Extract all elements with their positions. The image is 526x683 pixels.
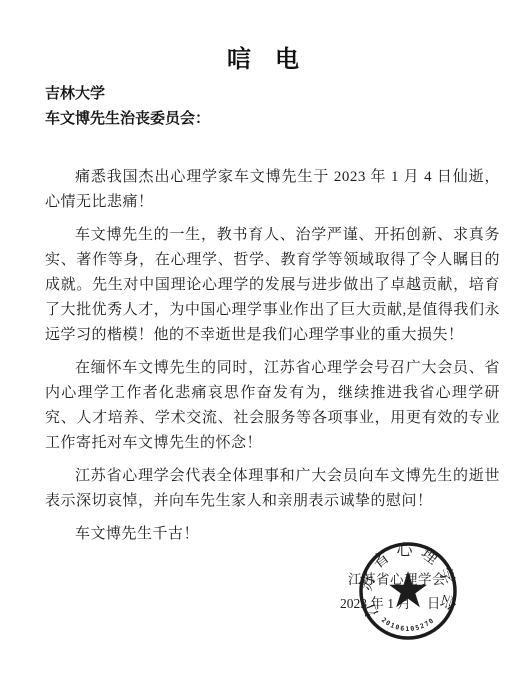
recipient-line-committee: 车文博先生治丧委员会：	[45, 106, 526, 131]
recipient-line-university: 吉林大学	[45, 81, 526, 106]
letter-body: 痛悉我国杰出心理学家车文博先生于 2023 年 1 月 4 日仙逝，心情无比悲痛…	[45, 165, 500, 547]
paragraph-2: 车文博先生的一生，教书育人、治学严谨、开拓创新、求真务实、著作等身，在心理学、哲…	[45, 223, 500, 348]
official-seal: 江苏省心理学会 3201061052706	[357, 540, 459, 642]
recipient-block: 吉林大学 车文博先生治丧委员会：	[45, 81, 526, 131]
paragraph-3: 在缅怀车文博先生的同时，江苏省心理学会号召广大会员、省内心理学工作者化悲痛哀思作…	[45, 356, 500, 456]
signature-organization: 江苏省心理学会	[348, 568, 446, 588]
paragraph-4: 江苏省心理学会代表全体理事和广大会员向车文博先生的逝世表示深切哀悼，并向车先生家…	[45, 464, 500, 514]
letter-title: 唁 电	[0, 45, 526, 75]
letter-page: 唁 电 吉林大学 车文博先生治丧委员会： 痛悉我国杰出心理学家车文博先生于 20…	[0, 0, 526, 683]
paragraph-1: 痛悉我国杰出心理学家车文博先生于 2023 年 1 月 4 日仙逝，心情无比悲痛…	[45, 165, 500, 215]
